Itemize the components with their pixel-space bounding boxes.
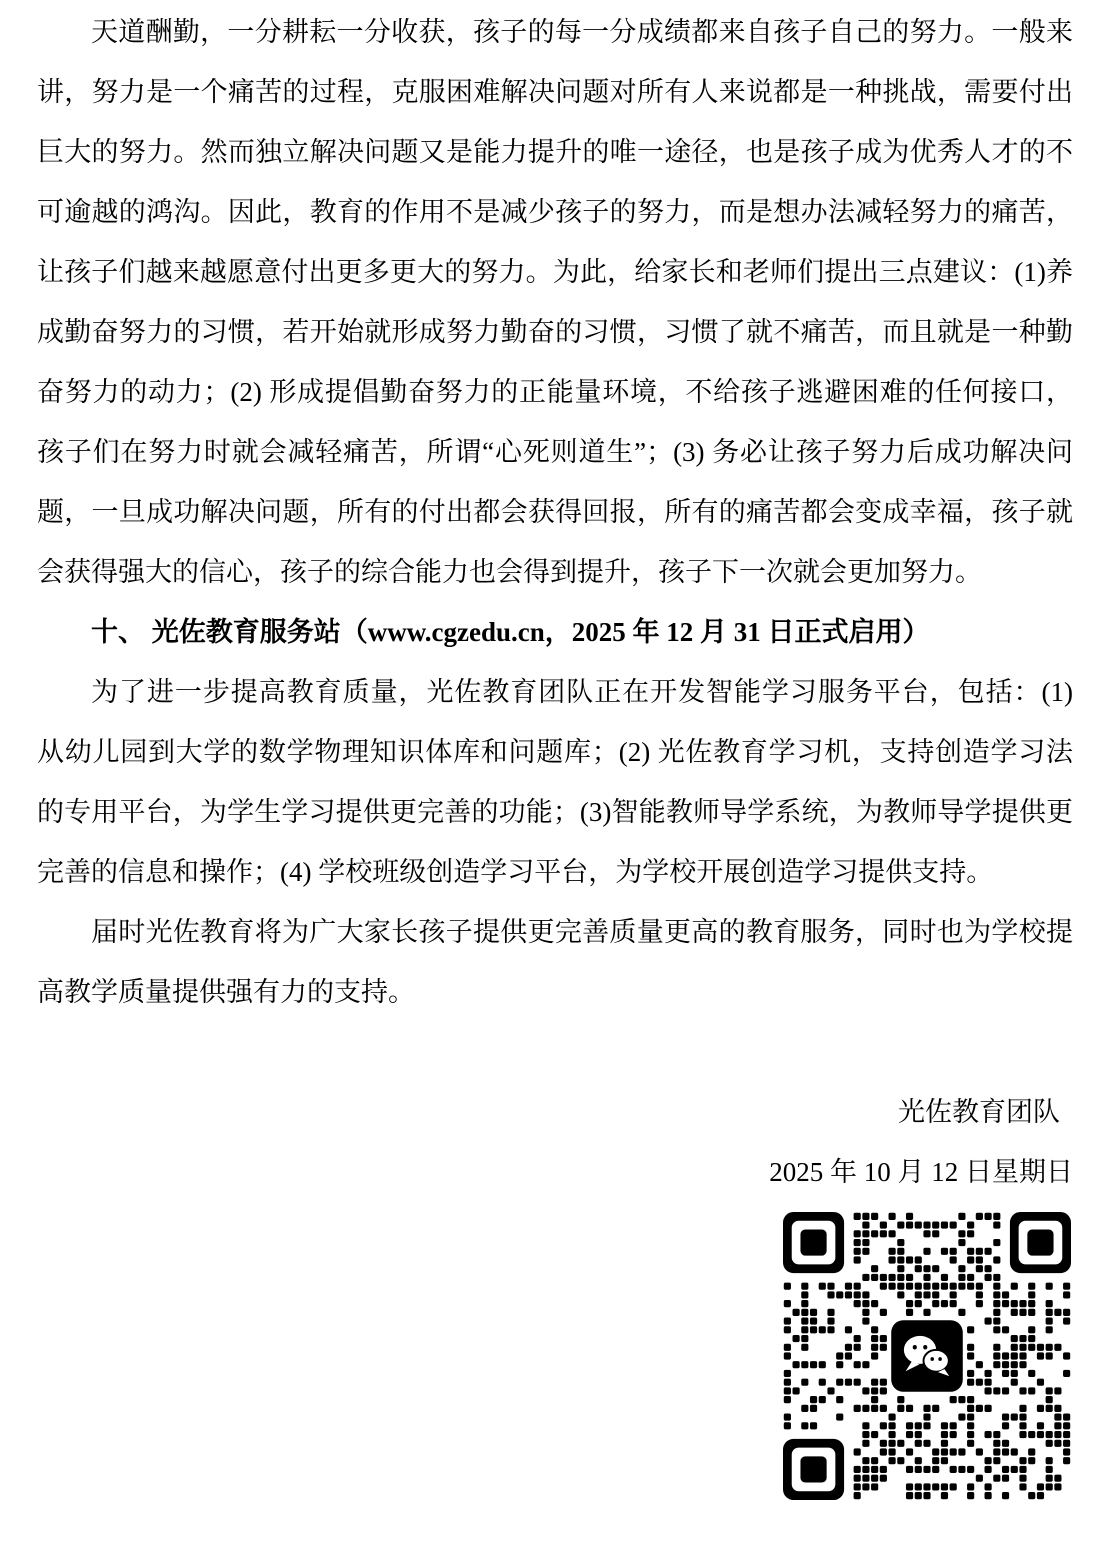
paragraph-1: 天道酬勤，一分耕耘一分收获，孩子的每一分成绩都来自孩子自己的努力。一般来 讲，努… — [37, 2, 1073, 602]
qr-row — [37, 1212, 1073, 1500]
signature-line: 光佐教育团队 — [37, 1082, 1073, 1142]
text-line: 完善的信息和操作；(4) 学校班级创造学习平台，为学校开展创造学习提供支持。 — [37, 842, 1073, 902]
text-line: 成勤奋努力的习惯，若开始就形成努力勤奋的习惯，习惯了就不痛苦，而且就是一种勤 — [37, 302, 1073, 362]
wechat-qr-code — [783, 1212, 1071, 1500]
wechat-icon — [891, 1320, 963, 1392]
text-line: 让孩子们越来越愿意付出更多更大的努力。为此，给家长和老师们提出三点建议：(1)养 — [37, 242, 1073, 302]
text-line: 可逾越的鸿沟。因此，教育的作用不是减少孩子的努力，而是想办法减轻努力的痛苦， — [37, 182, 1073, 242]
paragraph-2: 为了进一步提高教育质量，光佐教育团队正在开发智能学习服务平台，包括：(1) 从幼… — [37, 662, 1073, 902]
text-line: 届时光佐教育将为广大家长孩子提供更完善质量更高的教育服务，同时也为学校提 — [37, 902, 1073, 962]
text-line: 讲，努力是一个痛苦的过程，克服困难解决问题对所有人来说都是一种挑战，需要付出 — [37, 62, 1073, 122]
blank-line — [37, 1022, 1073, 1082]
text-line: 的专用平台，为学生学习提供更完善的功能；(3)智能教师导学系统，为教师导学提供更 — [37, 782, 1073, 842]
section-heading: 十、 光佐教育服务站（www.cgzedu.cn，2025 年 12 月 31 … — [37, 602, 1073, 662]
text-line: 天道酬勤，一分耕耘一分收获，孩子的每一分成绩都来自孩子自己的努力。一般来 — [37, 2, 1073, 62]
text-line: 题，一旦成功解决问题，所有的付出都会获得回报，所有的痛苦都会变成幸福，孩子就 — [37, 482, 1073, 542]
text-line: 高教学质量提供强有力的支持。 — [37, 962, 1073, 1022]
text-line: 奋努力的动力；(2) 形成提倡勤奋努力的正能量环境，不给孩子逃避困难的任何接口， — [37, 362, 1073, 422]
text-line: 从幼儿园到大学的数学物理知识体库和问题库；(2) 光佐教育学习机，支持创造学习法 — [37, 722, 1073, 782]
date-line: 2025 年 10 月 12 日星期日 — [37, 1142, 1073, 1202]
paragraph-3: 届时光佐教育将为广大家长孩子提供更完善质量更高的教育服务，同时也为学校提 高教学… — [37, 902, 1073, 1022]
document-page: 天道酬勤，一分耕耘一分收获，孩子的每一分成绩都来自孩子自己的努力。一般来 讲，努… — [0, 0, 1110, 1500]
qr-pattern — [783, 1212, 1071, 1500]
text-line: 孩子们在努力时就会减轻痛苦，所谓“心死则道生”；(3) 务必让孩子努力后成功解决… — [37, 422, 1073, 482]
text-line: 会获得强大的信心，孩子的综合能力也会得到提升，孩子下一次就会更加努力。 — [37, 542, 1073, 602]
text-line: 巨大的努力。然而独立解决问题又是能力提升的唯一途径，也是孩子成为优秀人才的不 — [37, 122, 1073, 182]
text-line: 为了进一步提高教育质量，光佐教育团队正在开发智能学习服务平台，包括：(1) — [37, 662, 1073, 722]
